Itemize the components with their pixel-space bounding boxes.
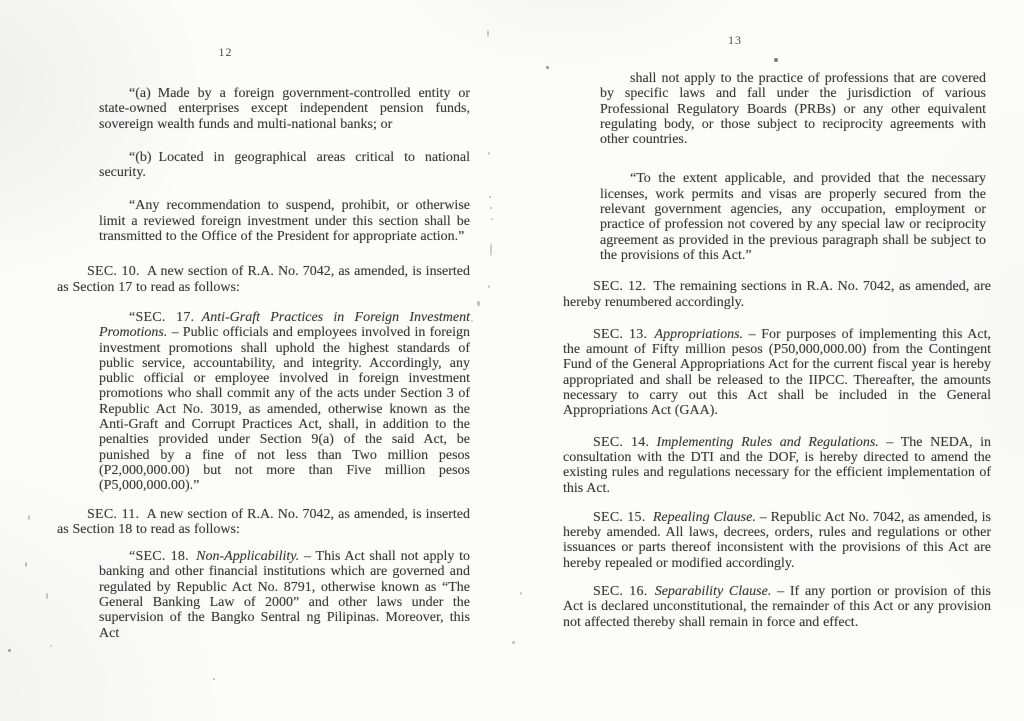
scan-speck [28,515,30,520]
extent-applicable-quote: “To the extent applicable, and provided … [600,171,986,263]
scan-speck [491,218,493,220]
sec-13-appropriations: SEC. 13. Appropriations. – For purposes … [563,327,991,419]
paragraph-text: shall not apply to the practice of profe… [600,71,986,147]
scan-speck [490,207,492,209]
sec-18-non-applicability-quote: “SEC. 18. Non-Applicability. – This Act … [99,549,470,641]
page-number: 13 [521,33,949,47]
clause-recommendation: “Any recommendation to suspend, prohibit… [99,198,470,244]
scan-speck [490,243,492,256]
page-13: 13 shall not apply to the practice of pr… [563,33,991,630]
paragraph-text: – Public officials and employees involve… [99,325,470,493]
scan-speck [487,30,489,37]
clause-b: “(b) Located in geographical areas criti… [99,150,470,181]
page-number: 12 [19,45,432,59]
section-label: SEC. 11. [87,507,147,522]
sec-16-separability-clause: SEC. 16. Separability Clause. – If any p… [563,584,991,630]
scan-speck [8,649,11,652]
section-title: Appropriations. [655,327,749,342]
sec-11-intro: SEC. 11. A new section of R.A. No. 7042,… [57,507,470,538]
section-title: Repealing Clause. [653,510,760,525]
paragraph-text: “(a) Made by a foreign government-contro… [99,86,470,132]
section-label: “SEC. 17. [129,310,202,325]
scan-speck [489,196,491,198]
scan-speck [512,641,515,644]
scan-speck [488,152,490,155]
scan-speck [50,645,52,647]
section-label: SEC. 14. [593,435,657,450]
section-label: SEC. 16. [593,584,655,599]
section-title: Separability Clause. [655,584,777,599]
section-label: “SEC. 18. [129,549,196,564]
scan-speck [520,592,522,595]
section-label: SEC. 13. [593,327,655,342]
paragraph-text: “To the extent applicable, and provided … [600,171,986,262]
paragraph-text: “Any recommendation to suspend, prohibit… [99,198,470,244]
section-label: SEC. 10. [87,264,147,279]
sec-18-continuation: shall not apply to the practice of profe… [600,71,986,147]
scan-speck [546,66,549,69]
scan-speck [488,285,490,288]
sec-10-intro: SEC. 10. A new section of R.A. No. 7042,… [57,264,470,295]
page-12: 12 “(a) Made by a foreign government-con… [57,45,470,641]
section-label: SEC. 15. [593,510,653,525]
paragraph-text: “(b) Located in geographical areas criti… [99,150,470,180]
scan-speck [213,678,215,680]
section-title: Non-Applicability. [196,549,304,564]
scan-speck [46,593,48,599]
section-title: Implementing Rules and Regulations. [657,435,887,450]
sec-17-anti-graft-quote: “SEC. 17. Anti-Graft Practices in Foreig… [99,310,470,494]
scan-speck [774,58,778,62]
sec-15-repealing-clause: SEC. 15. Repealing Clause. – Republic Ac… [563,510,991,571]
sec-12-renumbering: SEC. 12. The remaining sections in R.A. … [563,279,991,310]
section-label: SEC. 12. [593,279,654,294]
clause-a: “(a) Made by a foreign government-contro… [99,86,470,132]
scan-speck [25,562,27,567]
scanned-document: 12 “(a) Made by a foreign government-con… [0,0,1024,721]
scan-speck [471,320,473,322]
sec-14-implementing-rules: SEC. 14. Implementing Rules and Regulati… [563,435,991,496]
scan-speck [477,301,480,306]
